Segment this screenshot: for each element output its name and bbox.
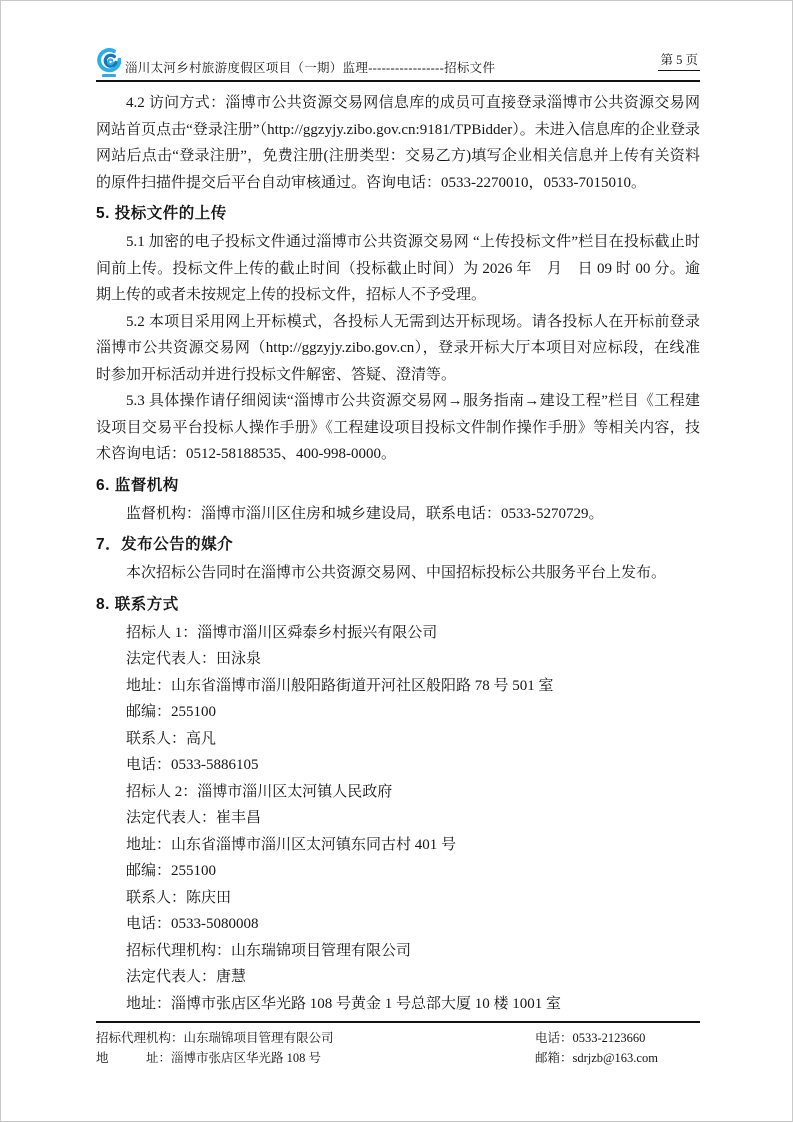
page-footer: 招标代理机构：山东瑞锦项目管理有限公司地 址：淄博市张店区华光路 108 号 电… [96,1021,700,1068]
body-text: 5.3 具体操作请仔细阅读“淄博市公共资源交易网→服务指南→建设工程”栏目《工程… [96,388,700,468]
body-text: 法定代表人：田泳泉 [96,646,700,673]
swirl-logo-icon [96,48,121,73]
body-text: 监督机构：淄博市淄川区住房和城乡建设局，联系电话：0533-5270729。 [96,501,700,528]
document-body: 4.2 访问方式：淄博市公共资源交易网信息库的成员可直接登录淄博市公共资源交易网… [96,90,700,1017]
section-heading: 7．发布公告的媒介 [96,532,700,558]
footer-line: 招标代理机构：山东瑞锦项目管理有限公司 [96,1028,334,1048]
logo-caption [102,74,116,77]
page-header: 淄川太河乡村旅游度假区项目（一期）监理-----------------招标文件… [96,48,700,82]
section-heading: 6. 监督机构 [96,473,700,499]
footer-line: 地 址：淄博市张店区华光路 108 号 [96,1048,334,1068]
page-number: 第 5 页 [658,50,700,71]
document-page: 淄川太河乡村旅游度假区项目（一期）监理-----------------招标文件… [0,0,793,1122]
footer-line: 电话：0533-2123660 [535,1028,700,1048]
body-text: 5.1 加密的电子投标文件通过淄博市公共资源交易网 “上传投标文件”栏目在投标截… [96,229,700,309]
body-text: 法定代表人：唐慧 [96,964,700,991]
body-text: 法定代表人：崔丰昌 [96,805,700,832]
body-text: 联系人：陈庆田 [96,885,700,912]
company-logo [96,48,121,77]
body-text: 5.2 本项目采用网上开标模式，各投标人无需到达开标现场。请各投标人在开标前登录… [96,309,700,389]
body-text: 4.2 访问方式：淄博市公共资源交易网信息库的成员可直接登录淄博市公共资源交易网… [96,90,700,196]
body-text: 招标人 2：淄博市淄川区太河镇人民政府 [96,779,700,806]
body-text: 邮编：255100 [96,858,700,885]
body-text: 招标人 1：淄博市淄川区舜泰乡村振兴有限公司 [96,620,700,647]
section-heading: 5. 投标文件的上传 [96,201,700,227]
footer-left: 招标代理机构：山东瑞锦项目管理有限公司地 址：淄博市张店区华光路 108 号 [96,1028,334,1068]
footer-right: 电话：0533-2123660邮箱：sdrjzb@163.com [535,1028,700,1068]
section-heading: 8. 联系方式 [96,592,700,618]
body-text: 地址：淄博市张店区华光路 108 号黄金 1 号总部大厦 10 楼 1001 室 [96,991,700,1018]
body-text: 邮编：255100 [96,699,700,726]
body-text: 地址：山东省淄博市淄川区太河镇东同古村 401 号 [96,832,700,859]
body-text: 电话：0533-5080008 [96,911,700,938]
body-text: 电话：0533-5886105 [96,752,700,779]
body-text: 联系人：高凡 [96,726,700,753]
footer-line: 邮箱：sdrjzb@163.com [535,1048,700,1068]
body-text: 本次招标公告同时在淄博市公共资源交易网、中国招标投标公共服务平台上发布。 [96,560,700,587]
document-title: 淄川太河乡村旅游度假区项目（一期）监理-----------------招标文件 [125,58,495,77]
body-text: 地址：山东省淄博市淄川般阳路街道开河社区般阳路 78 号 501 室 [96,673,700,700]
body-text: 招标代理机构：山东瑞锦项目管理有限公司 [96,938,700,965]
